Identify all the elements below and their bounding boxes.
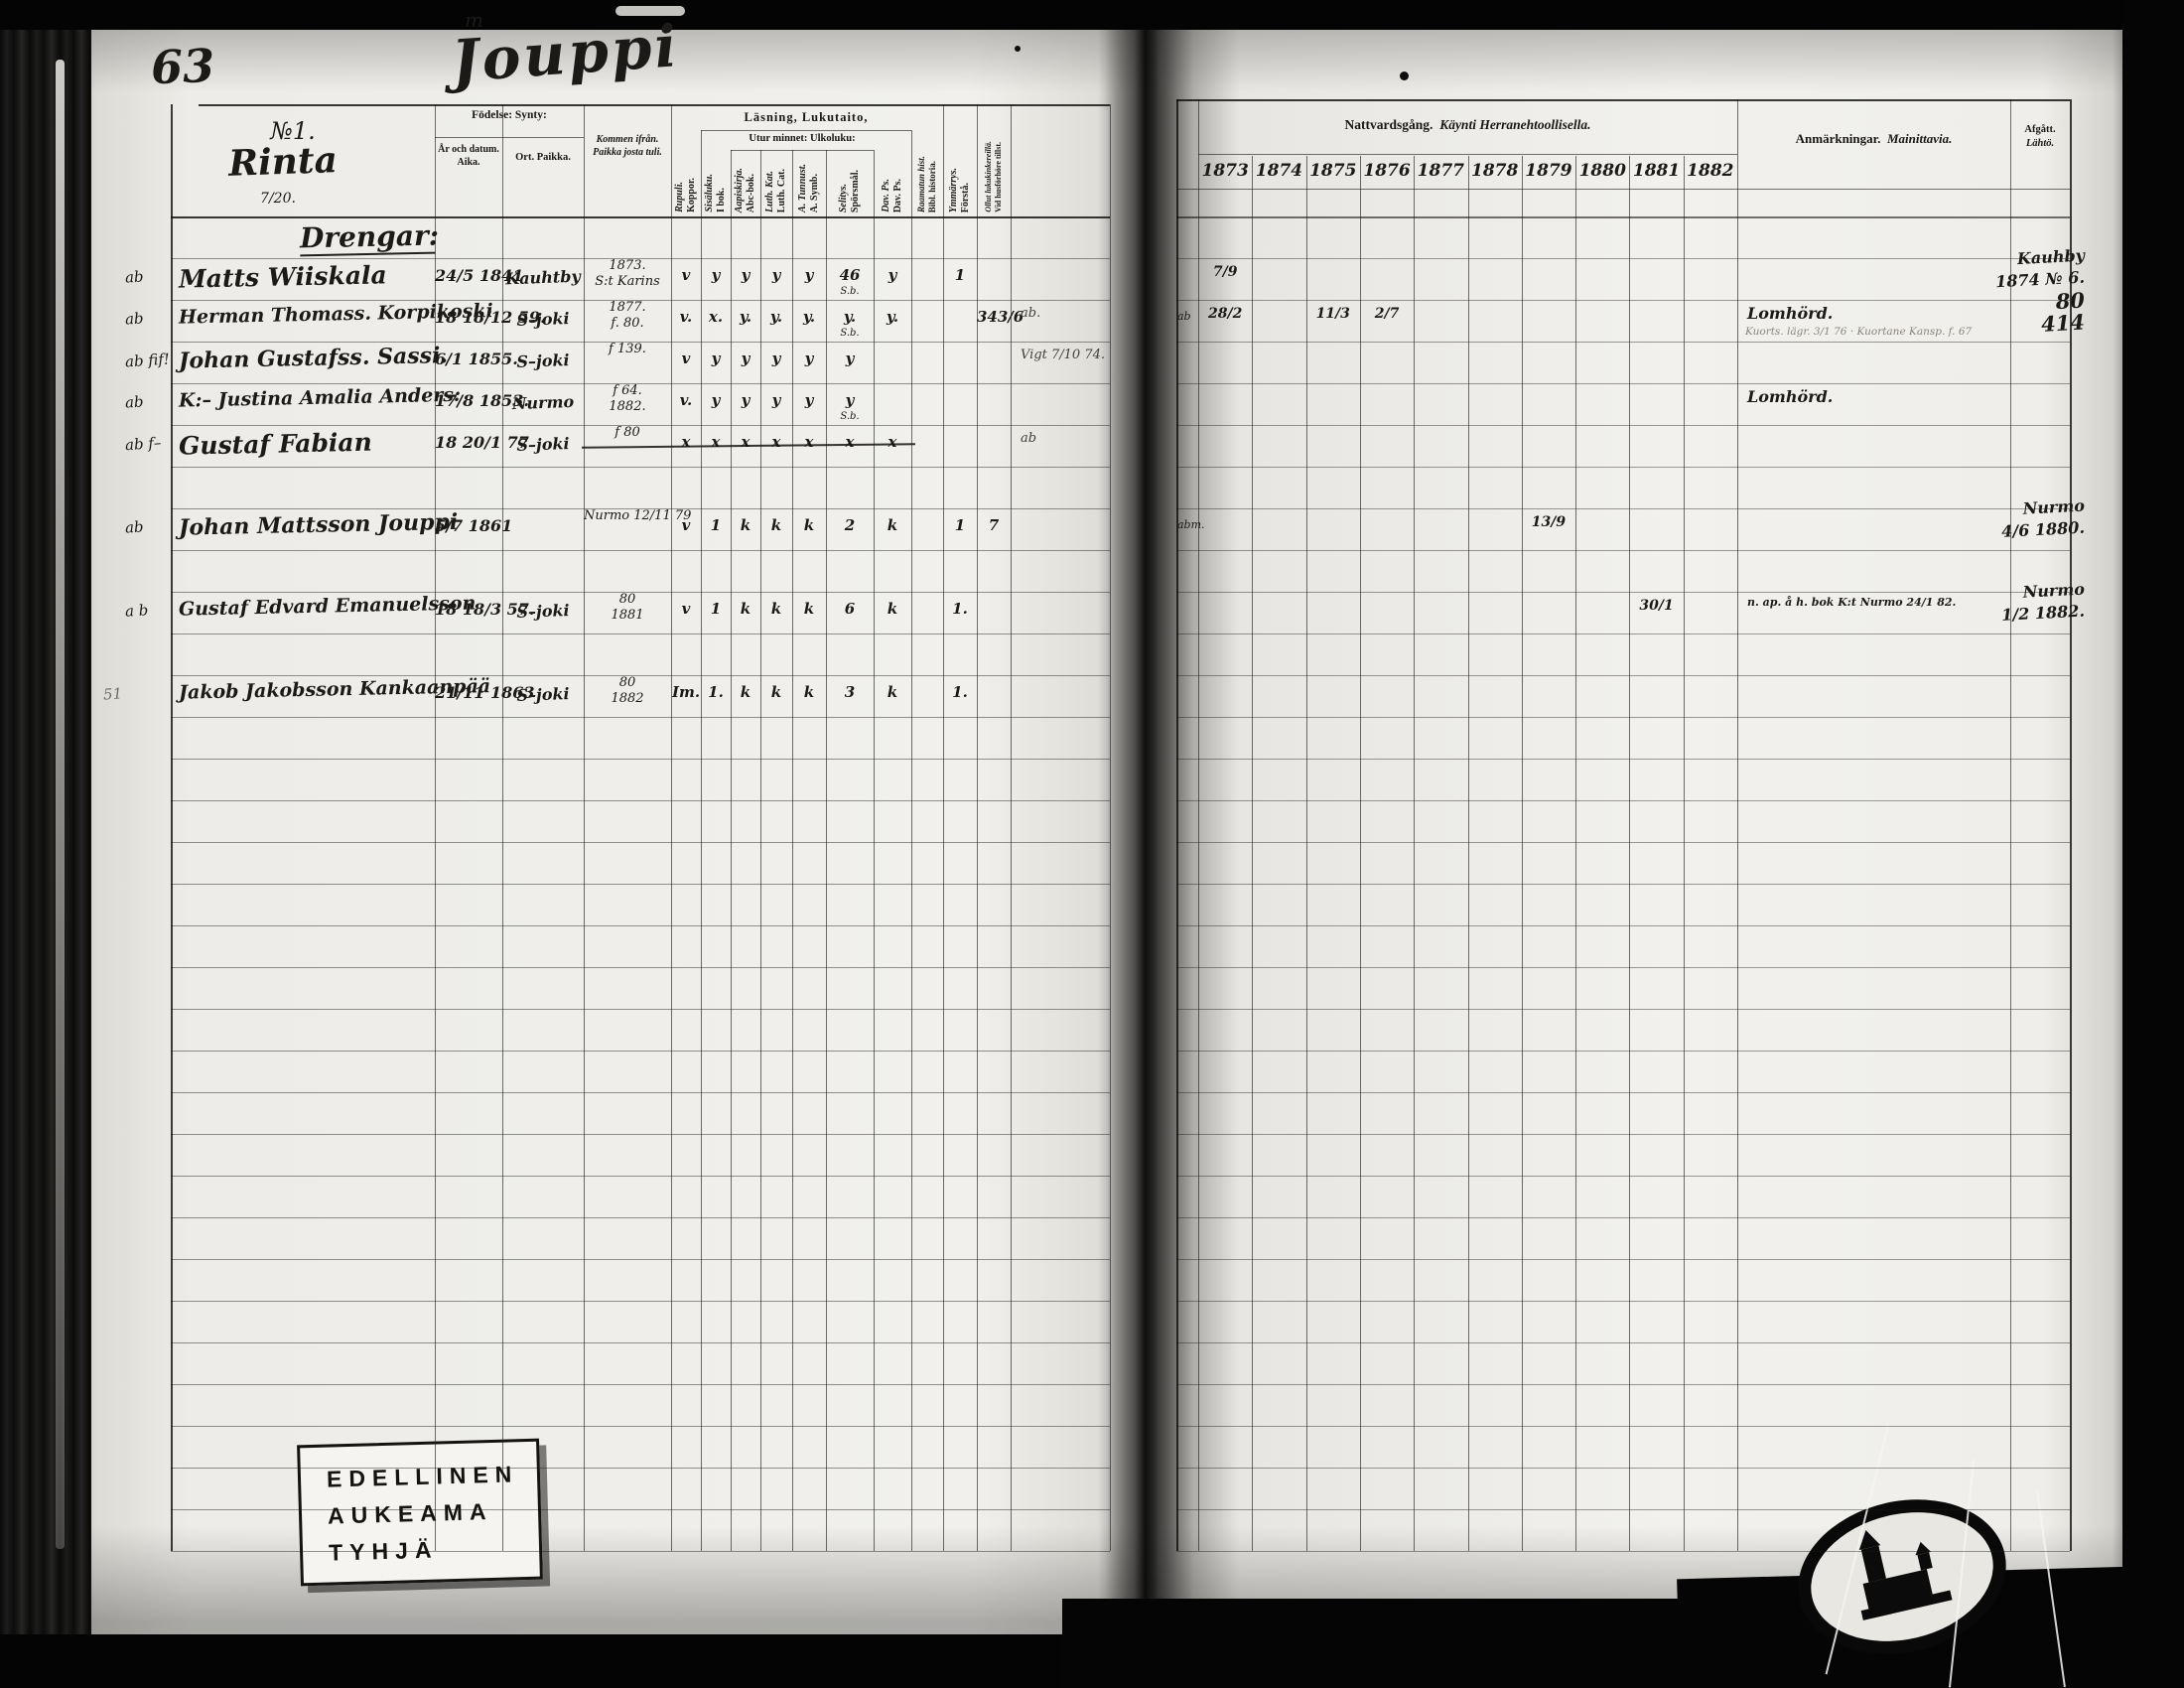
entry-birth-place: S–joki	[502, 309, 585, 331]
column-rule-left	[701, 130, 702, 1551]
entry-came-from: 1877.	[584, 300, 671, 315]
row-rule-left	[171, 1342, 1110, 1343]
entry-birth-place: Nurmo	[502, 392, 585, 414]
reading-mark-dav: k	[874, 600, 911, 618]
column-label-ibok: Sisäluku.I bok.	[701, 133, 731, 212]
row-rule-left	[171, 1426, 1110, 1427]
column-label-forsta: Ymmärrys.Förstå.	[943, 111, 977, 212]
column-label-spors: Selitys.Spörsmål.	[826, 152, 874, 212]
row-rule-right	[1176, 884, 2070, 885]
year-column-rule	[1684, 156, 1685, 1551]
year-label: 1874	[1252, 161, 1305, 181]
right-margin-note: abm.	[1177, 518, 1205, 531]
entry-birth-date: 5/7 1861	[435, 516, 502, 535]
reading-mark-abc: k	[731, 683, 760, 701]
row-rule-left	[171, 1301, 1110, 1302]
reading-mark-forsta: 1	[943, 266, 977, 284]
reading-mark-ibok: 1.	[701, 683, 731, 701]
entry-came-from: f 80	[584, 425, 671, 440]
communion-date: 13/9	[1522, 514, 1575, 530]
row-rule-left	[171, 759, 1110, 760]
reading-group-underline	[701, 130, 911, 131]
column-rule-left	[943, 104, 944, 1551]
year-label: 1877	[1414, 161, 1467, 181]
ink-speck	[1400, 71, 1409, 80]
header-birth-date: År och datum. Aika.	[437, 143, 500, 169]
row-rule-right	[1176, 1092, 2070, 1093]
reading-mark-symb: x	[792, 433, 826, 451]
header-communion-group: Nattvardsgång. Käynti Herranehtoollisell…	[1198, 117, 1737, 133]
remark-note: Lomhörd.	[1747, 304, 1833, 323]
row-rule-left	[171, 216, 1110, 218]
reading-mark-spors: 6	[826, 600, 874, 618]
row-rule-right	[1176, 633, 2070, 634]
column-rule-right	[1737, 99, 1738, 1551]
reading-mark-spors: y	[826, 350, 874, 367]
year-column-rule	[1522, 156, 1523, 1551]
year-column-rule	[1306, 156, 1307, 1551]
reading-mark-abc: y	[731, 266, 760, 284]
header-departed: Afgått.Lähtö.	[2012, 123, 2068, 151]
reading-mark-luth: y	[760, 350, 792, 367]
birth-group-underline	[435, 137, 584, 138]
row-rule-left	[171, 550, 1110, 551]
margin-note: a b	[124, 601, 149, 621]
reading-mark-symb: k	[792, 600, 826, 618]
header-communion-fi: Käynti Herranehtoollisella.	[1439, 117, 1590, 132]
year-column-rule	[1414, 156, 1415, 1551]
column-label-text: Dav. Ps.	[893, 179, 903, 212]
header-birth-group: Födelse: Synty:	[433, 109, 586, 121]
row-rule-left	[171, 1176, 1110, 1177]
book-gutter-shadow	[1098, 28, 1193, 1638]
reading-mark-ibok: x	[701, 433, 731, 451]
reading-mark-koppor: Im.	[671, 683, 701, 701]
reading-mark-husf: 343/6	[977, 308, 1011, 326]
row-rule-right	[1176, 1468, 2070, 1469]
entry-birth-place: S–joki	[502, 601, 585, 623]
page-number: 63	[150, 39, 215, 94]
row-rule-left	[171, 1384, 1110, 1385]
reading-mark-koppor: v.	[671, 308, 701, 326]
reading-mark-forsta: 1.	[943, 600, 977, 618]
margin-note: ab	[124, 392, 144, 411]
reading-mark-abc: y.	[731, 308, 760, 326]
row-rule-right	[1176, 383, 2070, 384]
wide-column-note: ab	[1021, 431, 1036, 446]
row-rule-left	[171, 1551, 1110, 1552]
header-birth-place: Ort. Paikka.	[504, 151, 582, 165]
row-rule-left	[171, 1217, 1110, 1218]
header-departed-fi: Lähtö.	[2026, 138, 2054, 149]
previous-spread-empty-stamp: EDELLINEN AUKEAMA TYHJÄ	[297, 1439, 543, 1587]
header-remarks-fi: Mainittavia.	[1887, 131, 1952, 146]
reading-mark-ibok: 1	[701, 600, 731, 618]
reading-mark-symb: y.	[792, 308, 826, 326]
reading-mark-abc: y	[731, 350, 760, 367]
row-rule-left	[171, 967, 1110, 968]
margin-note: ab	[124, 517, 144, 536]
column-label-text: Spörsmål.	[851, 170, 861, 212]
entry-name: Johan Gustafss. Sassi.	[179, 343, 433, 373]
entry-birth-place: S–joki	[502, 434, 585, 456]
row-rule-left	[171, 1468, 1110, 1469]
reading-mark-dav: x	[874, 433, 911, 451]
year-label: 1876	[1360, 161, 1414, 181]
entry-came-from: f. 80.	[584, 316, 671, 331]
row-rule-left	[171, 1009, 1110, 1010]
entry-birth-place: S–joki	[502, 351, 585, 372]
entry-name: Gustaf Fabian	[179, 426, 434, 460]
year-label: 1881	[1629, 161, 1683, 181]
column-label-luth: Luth. Kat.Luth. Cat.	[760, 152, 792, 212]
column-label-text: Dav. Ps.	[882, 179, 891, 212]
reading-mark-abc: k	[731, 516, 760, 534]
reading-mark-spors: y	[826, 391, 874, 409]
remark-note: Lomhörd.	[1747, 387, 1833, 406]
reading-mark-spors: y.	[826, 308, 874, 326]
entry-came-from: 1882.	[584, 399, 671, 414]
margin-note: ab fif!	[124, 350, 170, 370]
communion-date: 2/7	[1360, 306, 1414, 322]
wide-column-note: Vigt 7/10 74.	[1021, 348, 1105, 362]
column-label-text: Koppor.	[687, 178, 697, 212]
reading-mark-koppor: v.	[671, 391, 701, 409]
entry-came-from: Nurmo 12/11 79	[584, 508, 671, 523]
entry-came-from: 80	[584, 675, 671, 690]
year-column-rule	[1468, 156, 1469, 1551]
column-rule-left	[874, 150, 875, 1551]
column-label-text: Ymmärrys.	[949, 168, 959, 212]
header-came-from: Kommen ifrån. Paikka josta tuli.	[586, 133, 669, 159]
communion-date: 11/3	[1306, 306, 1360, 322]
column-label-text: Sisäluku.	[705, 174, 715, 212]
column-label-text: Rupuli.	[675, 182, 685, 212]
left-table-top-rule	[199, 104, 1110, 106]
column-label-text: Bibl. historia.	[928, 161, 937, 212]
entry-birth-date: 17/8 1853.	[435, 391, 502, 410]
column-label-text: Raamatun hist.	[917, 156, 926, 212]
header-reading-group: Läsning, Lukutaito,	[701, 110, 911, 125]
column-label-text: Luth. Cat.	[777, 169, 787, 212]
memory-group-underline	[731, 150, 874, 151]
column-label-text: Selitys.	[839, 184, 849, 212]
row-rule-right	[1176, 1009, 2070, 1010]
reading-mark-spors: 46	[826, 266, 874, 284]
reading-mark-symb: y	[792, 391, 826, 409]
row-rule-right	[1176, 1134, 2070, 1135]
column-label-abc: Aapiskirja.Abc-bok.	[731, 152, 760, 212]
entry-birth-place: S–joki	[502, 684, 585, 706]
entry-birth-date: 18 20/1 77	[435, 433, 502, 452]
section-heading: Drengar:	[300, 219, 436, 257]
row-rule-left	[171, 467, 1110, 468]
reading-mark-koppor: v	[671, 266, 701, 284]
row-rule-right	[1176, 1051, 2070, 1052]
column-label-text: A. Tunnust.	[798, 164, 808, 212]
year-label: 1873	[1198, 161, 1252, 181]
row-rule-right	[1176, 1384, 2070, 1385]
reading-mark-luth: k	[760, 600, 792, 618]
right-margin-note: ab	[1177, 310, 1191, 323]
year-column-rule	[1629, 156, 1630, 1551]
scanned-ledger-spread: 63 m Jouppi №1. Rinta 7/20. Drengar: Föd…	[0, 0, 2184, 1688]
row-rule-left	[171, 842, 1110, 843]
column-label-text: A. Symb.	[810, 174, 820, 212]
communion-underline	[1198, 154, 1737, 155]
entry-came-from: f 64.	[584, 383, 671, 398]
reading-mark-koppor: v	[671, 350, 701, 367]
reading-mark-ibok: y	[701, 391, 731, 409]
row-rule-right	[1176, 1259, 2070, 1260]
entry-came-from: 1881	[584, 608, 671, 623]
reading-mark-note: S.b.	[826, 411, 874, 422]
column-label-text: I bok.	[717, 188, 727, 212]
reading-mark-symb: k	[792, 516, 826, 534]
page-edge-highlight	[56, 60, 65, 1549]
entry-birth-date: 21/11 1863	[435, 683, 502, 702]
reading-mark-luth: k	[760, 516, 792, 534]
entry-name: Matts Wiiskala	[179, 259, 434, 293]
reading-mark-koppor: v	[671, 516, 701, 534]
row-rule-right	[1176, 1301, 2070, 1302]
row-rule-right	[1176, 1509, 2070, 1510]
column-rule-left	[171, 104, 173, 1551]
reading-mark-forsta: 1.	[943, 683, 977, 701]
row-rule-right	[1176, 550, 2070, 551]
column-rule-left	[911, 130, 912, 1551]
row-rule-right	[1176, 925, 2070, 926]
communion-date: 28/2	[1198, 306, 1252, 322]
reading-mark-ibok: y	[701, 266, 731, 284]
row-rule-left	[171, 1134, 1110, 1135]
stamp-line: AUKEAMA	[328, 1492, 539, 1535]
column-rule-left	[1110, 104, 1111, 1551]
entry-came-from: 1882	[584, 691, 671, 706]
reading-mark-note: S.b.	[826, 328, 874, 339]
row-rule-left	[171, 1259, 1110, 1260]
row-rule-right	[1176, 1342, 2070, 1343]
row-rule-right	[1176, 1426, 2070, 1427]
row-rule-left	[171, 800, 1110, 801]
reading-mark-luth: y	[760, 391, 792, 409]
column-label-text: Ollut lukukinkereillä.	[985, 141, 993, 212]
row-rule-right	[1176, 1217, 2070, 1218]
entry-came-from: S:t Karins	[584, 274, 671, 289]
reading-mark-ibok: y	[701, 350, 731, 367]
row-rule-right	[1176, 759, 2070, 760]
row-rule-left	[171, 925, 1110, 926]
stamp-line: EDELLINEN	[327, 1456, 538, 1498]
reading-mark-koppor: x	[671, 433, 701, 451]
row-rule-left	[171, 717, 1110, 718]
reading-mark-luth: y.	[760, 308, 792, 326]
year-column-rule	[1360, 156, 1361, 1551]
header-departed-sv: Afgått.	[2024, 124, 2055, 135]
entry-came-from: f 139.	[584, 342, 671, 356]
entry-birth-place: Kauhtby	[502, 267, 585, 289]
reading-mark-luth: k	[760, 683, 792, 701]
column-label-koppor: Rupuli.Koppor.	[671, 111, 701, 212]
communion-date: 30/1	[1629, 598, 1683, 614]
row-rule-right	[1176, 1176, 2070, 1177]
reading-mark-dav: y	[874, 266, 911, 284]
entry-name: Johan Mattsson Jouppi	[179, 509, 433, 540]
year-column-rule	[1252, 156, 1253, 1551]
reading-mark-luth: y	[760, 266, 792, 284]
column-label-husf: Ollut lukukinkereillä.Vid husförhöre til…	[977, 111, 1011, 212]
row-rule-left	[171, 884, 1110, 885]
row-rule-left	[171, 1092, 1110, 1093]
entry-came-from: 1873.	[584, 258, 671, 273]
column-label-dav: Dav. Ps.Dav. Ps.	[874, 133, 911, 212]
reading-mark-spors: 3	[826, 683, 874, 701]
row-rule-right	[1176, 675, 2070, 676]
ink-speck	[1015, 46, 1021, 52]
reading-mark-symb: y	[792, 350, 826, 367]
row-rule-left	[171, 633, 1110, 634]
column-label-text: Luth. Kat.	[765, 171, 775, 212]
entry-came-from: 80	[584, 592, 671, 607]
row-rule-right	[1176, 717, 2070, 718]
row-rule-right	[1176, 967, 2070, 968]
header-memory-group: Utur minnet: Ulkoluku:	[731, 133, 874, 144]
margin-note: ab	[124, 267, 144, 286]
row-rule-left	[171, 1509, 1110, 1510]
header-remarks-sv: Anmärkningar.	[1796, 131, 1881, 146]
year-band-rule	[1176, 189, 2070, 190]
year-label: 1878	[1468, 161, 1522, 181]
house-name: Rinta	[183, 138, 382, 187]
year-label: 1880	[1575, 161, 1629, 181]
scan-border-right	[2122, 0, 2184, 1688]
row-rule-right	[1176, 425, 2070, 426]
entry-birth-date: 18 18/3 57.	[435, 600, 502, 619]
column-label-bibl: Raamatun hist.Bibl. historia.	[911, 111, 943, 212]
row-rule-right	[1176, 467, 2070, 468]
reading-mark-dav: k	[874, 516, 911, 534]
column-label-text: Aapiskirja.	[735, 168, 745, 212]
margin-note: ab f–	[124, 434, 162, 454]
reading-mark-abc: x	[731, 433, 760, 451]
year-column-rule	[1575, 156, 1576, 1551]
year-label: 1875	[1306, 161, 1360, 181]
wide-column-note: ab.	[1021, 306, 1040, 321]
reading-mark-symb: k	[792, 683, 826, 701]
communion-date: 7/9	[1198, 264, 1252, 280]
book-spine	[0, 0, 91, 1688]
column-label-text: Vid husförhöre tillst.	[995, 142, 1003, 212]
reading-mark-spors: x	[826, 433, 874, 451]
reading-mark-ibok: 1	[701, 516, 731, 534]
reading-mark-note: S.b.	[826, 286, 874, 297]
house-fraction: 7/20.	[238, 191, 318, 207]
reading-mark-ibok: x.	[701, 308, 731, 326]
year-label: 1882	[1684, 161, 1737, 181]
scan-border-top	[0, 0, 2184, 30]
year-label: 1879	[1522, 161, 1575, 181]
header-communion-sv: Nattvardsgång.	[1345, 117, 1433, 132]
reading-mark-husf: 7	[977, 516, 1011, 534]
row-rule-right	[1176, 1551, 2070, 1552]
reading-mark-symb: y	[792, 266, 826, 284]
column-label-text: Abc-bok.	[747, 174, 756, 212]
reading-mark-abc: y	[731, 391, 760, 409]
reading-mark-spors: 2	[826, 516, 874, 534]
column-label-symb: A. Tunnust.A. Symb.	[792, 152, 826, 212]
reading-mark-luth: x	[760, 433, 792, 451]
margin-note: ab	[124, 309, 144, 328]
reading-mark-koppor: v	[671, 600, 701, 618]
reading-mark-abc: k	[731, 600, 760, 618]
header-remarks: Anmärkningar. Mainittavia.	[1737, 131, 2010, 147]
column-label-text: Förstå.	[961, 183, 971, 212]
entry-birth-date: 24/5 1841	[435, 266, 502, 285]
margin-note: 51	[102, 684, 122, 703]
right-table-top-rule	[1176, 99, 2070, 101]
row-rule-right	[1176, 216, 2070, 218]
reading-mark-forsta: 1	[943, 516, 977, 534]
row-rule-left	[171, 1051, 1110, 1052]
reading-mark-dav: k	[874, 683, 911, 701]
row-rule-right	[1176, 842, 2070, 843]
entry-birth-date: 18 18/12 59.	[435, 308, 502, 327]
row-rule-right	[1176, 800, 2070, 801]
entry-birth-date: 6/1 1855.	[435, 350, 502, 368]
reading-mark-dav: y.	[874, 308, 911, 326]
